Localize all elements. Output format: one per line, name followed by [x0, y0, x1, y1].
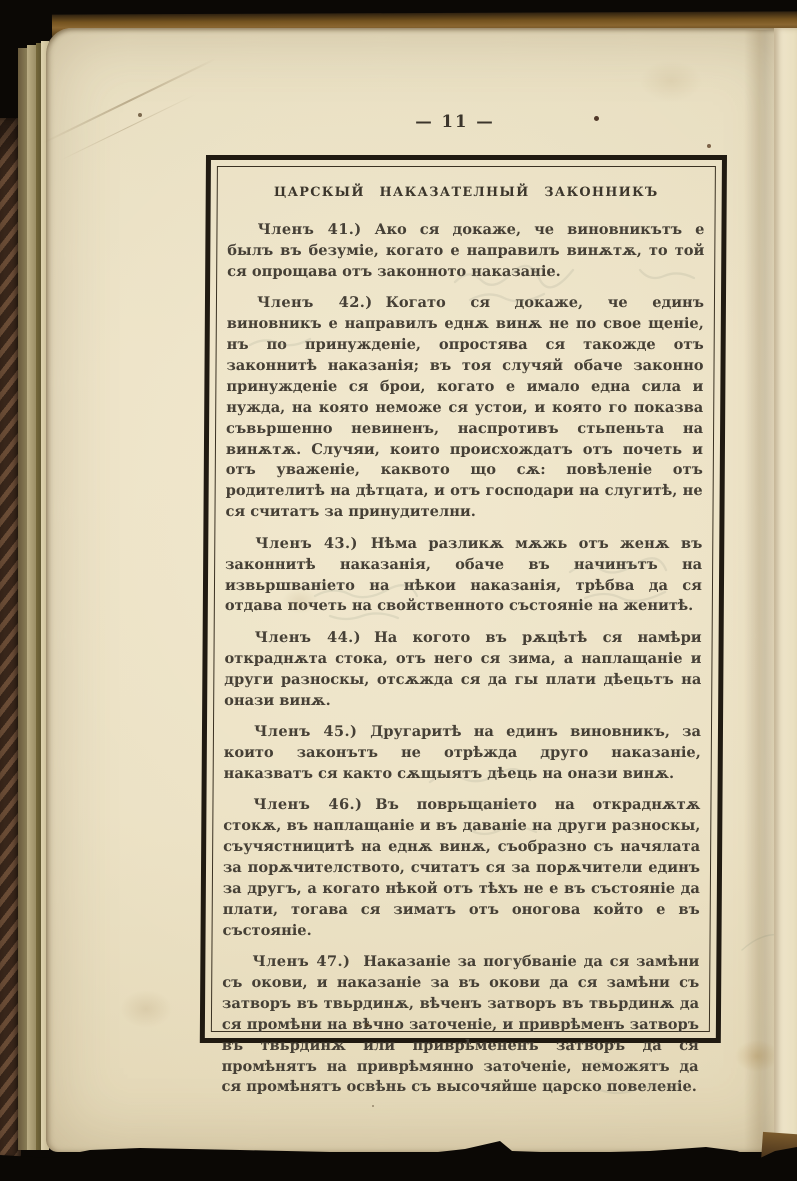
article-label: Членъ 46.) — [253, 796, 375, 813]
article-41: Членъ 41.)Ако ся докаже, че виновникътъ … — [227, 220, 704, 283]
paper-speck — [372, 1105, 374, 1107]
text-frame-outer-rule: ЦАРСКЫЙ НАКАЗАТЕЛНЫЙ ЗАКОННИКЪ Членъ 41.… — [200, 155, 727, 1043]
article-label: Членъ 42.) — [257, 294, 386, 311]
article-42: Членъ 42.)Когато ся докаже, че единъ вин… — [225, 293, 704, 523]
paper-speck — [138, 113, 142, 117]
page-fold-shadow — [744, 30, 778, 1152]
article-45: Членъ 45.)Другаритѣ на единъ виновникъ, … — [224, 722, 701, 785]
book-photograph: — 11 — ЦАРСКЫЙ НАКАЗАТЕЛНЫЙ ЗАКОННИКЪ Чл… — [0, 0, 797, 1181]
paper-speck — [594, 116, 599, 121]
book-page: — 11 — ЦАРСКЫЙ НАКАЗАТЕЛНЫЙ ЗАКОННИКЪ Чл… — [46, 28, 797, 1152]
article-label: Членъ 41.) — [257, 221, 374, 238]
article-47: Членъ 47.)Наказаніе за погубваніе да ся … — [221, 952, 699, 1098]
article-label: Членъ 43.) — [255, 535, 371, 552]
article-44: Членъ 44.)На когото въ рѫцѣтѣ ся намѣри … — [224, 628, 702, 712]
page-heading: ЦАРСКЫЙ НАКАЗАТЕЛНЫЙ ЗАКОННИКЪ — [228, 185, 705, 200]
paper-speck — [707, 144, 711, 148]
paper-speck — [499, 884, 502, 887]
corner-crease — [43, 58, 216, 144]
paper-stain — [282, 588, 318, 614]
article-text: Наказаніе за погубваніе да ся замѣни съ … — [221, 953, 699, 1095]
article-text: Въ поврьщаніето на откраднѫтѫ стокѫ, въ … — [223, 796, 701, 938]
paper-stain — [120, 990, 172, 1028]
paper-stain — [640, 60, 702, 102]
page-number: — 11 — — [395, 112, 515, 131]
paper-speck — [521, 1061, 524, 1064]
paper-speck — [365, 1023, 369, 1027]
article-text: Когато ся докаже, че единъ виновникъ е н… — [225, 294, 704, 520]
article-label: Членъ 47.) — [252, 953, 363, 970]
corner-crease — [60, 94, 195, 161]
next-page-edge — [774, 28, 797, 1152]
article-label: Членъ 44.) — [255, 629, 374, 646]
article-label: Членъ 45.) — [254, 723, 370, 740]
article-46: Членъ 46.)Въ поврьщаніето на откраднѫтѫ … — [223, 795, 701, 941]
